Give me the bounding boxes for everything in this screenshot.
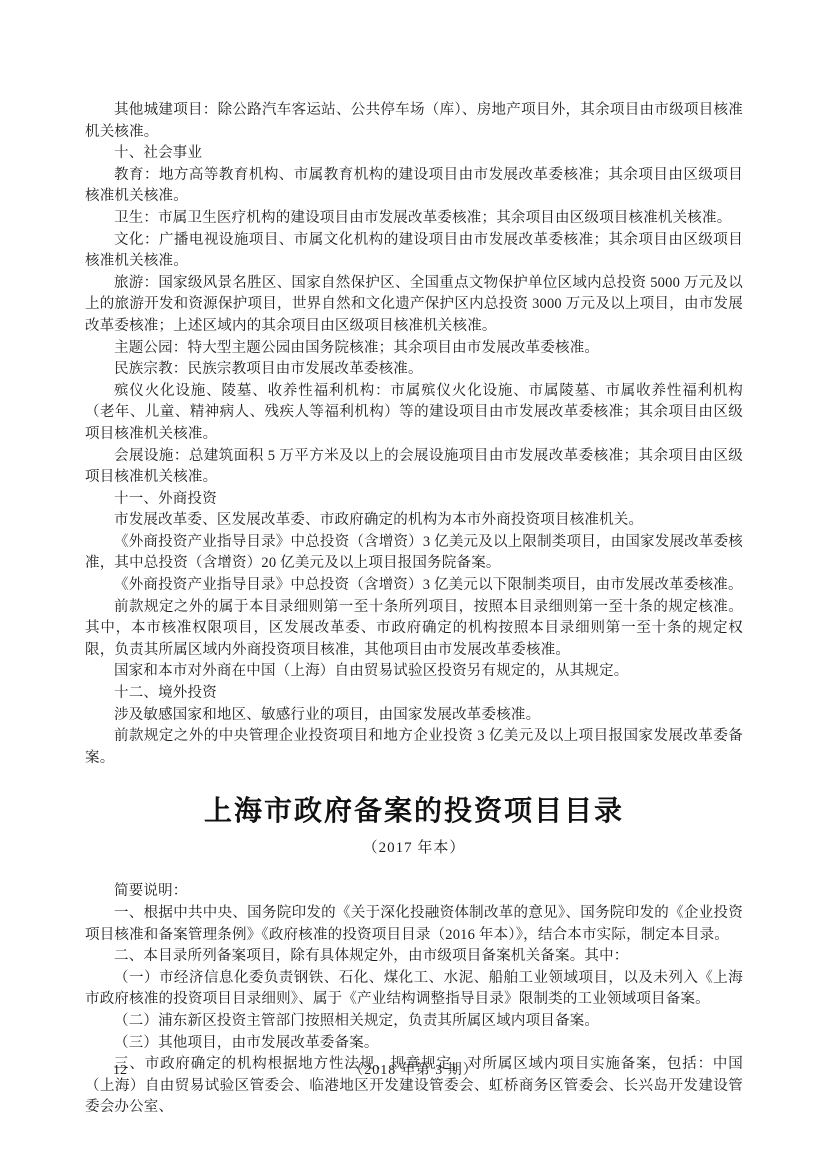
document-page: 其他城建项目：除公路汽车客运站、公共停车场（库）、房地产项目外，其余项目由市级项…: [0, 0, 827, 1170]
note-paragraph: （二）浦东新区投资主管部门按照相关规定，负责其所属区域内项目备案。: [85, 1011, 743, 1033]
note-paragraph: 二、本目录所列备案项目，除有具体规定外，由市级项目备案机关备案。其中：: [85, 946, 743, 968]
body-paragraph: 民族宗教：民族宗教项目由市发展改革委核准。: [85, 359, 743, 381]
body-paragraph: 市发展改革委、区发展改革委、市政府确定的机构为本市外商投资项目核准机关。: [85, 510, 743, 532]
body-paragraph: 前款规定之外的属于本目录细则第一至十条所列项目，按照本目录细则第一至十条的规定核…: [85, 597, 743, 662]
note-paragraph: 一、根据中共中央、国务院印发的《关于深化投融资体制改革的意见》、国务院印发的《企…: [85, 903, 743, 946]
catalog-subtitle: （2017 年本）: [85, 837, 743, 859]
catalog-title: 上海市政府备案的投资项目目录: [85, 793, 743, 829]
body-paragraph: 十二、境外投资: [85, 683, 743, 705]
body-paragraph: 前款规定之外的中央管理企业投资项目和地方企业投资 3 亿美元及以上项目报国家发展…: [85, 726, 743, 769]
body-paragraph: 会展设施：总建筑面积 5 万平方米及以上的会展设施项目由市发展改革委核准；其余项…: [85, 446, 743, 489]
body-paragraph: 教育：地方高等教育机构、市属教育机构的建设项目由市发展改革委核准；其余项目由区级…: [85, 165, 743, 208]
body-paragraph: 国家和本市对外商在中国（上海）自由贸易试验区投资另有规定的，从其规定。: [85, 661, 743, 683]
issue-label: （2018 年第 3 期）: [85, 1060, 742, 1082]
note-paragraph: （一）市经济信息化委负责钢铁、石化、煤化工、水泥、船舶工业领域项目，以及未列入《…: [85, 968, 743, 1011]
body-paragraph: 文化：广播电视设施项目、市属文化机构的建设项目由市发展改革委核准；其余项目由区级…: [85, 230, 743, 273]
body-paragraph: 殡仪火化设施、陵墓、收养性福利机构：市属殡仪火化设施、市属陵墓、市属收养性福利机…: [85, 381, 743, 446]
body-paragraph: 主题公园：特大型主题公园由国务院核准；其余项目由市发展改革委核准。: [85, 338, 743, 360]
body-paragraph: 卫生：市属卫生医疗机构的建设项目由市发展改革委核准；其余项目由区级项目核准机关核…: [85, 208, 743, 230]
document-content: 其他城建项目：除公路汽车客运站、公共停车场（库）、房地产项目外，其余项目由市级项…: [85, 100, 743, 1119]
body-paragraph: 《外商投资产业指导目录》中总投资（含增资）3 亿美元及以上限制类项目，由国家发展…: [85, 532, 743, 575]
body-paragraph: 涉及敏感国家和地区、敏感行业的项目，由国家发展改革委核准。: [85, 705, 743, 727]
body-paragraph: 《外商投资产业指导目录》中总投资（含增资）3 亿美元以下限制类项目，由市发展改革…: [85, 575, 743, 597]
body-paragraph: 十一、外商投资: [85, 489, 743, 511]
body-paragraph: 旅游：国家级风景名胜区、国家自然保护区、全国重点文物保护单位区域内总投资 500…: [85, 273, 743, 338]
approval-catalog-body-section: 其他城建项目：除公路汽车客运站、公共停车场（库）、房地产项目外，其余项目由市级项…: [85, 100, 743, 769]
page-footer: 12 （2018 年第 3 期）: [85, 1060, 742, 1082]
note-paragraph: 简要说明：: [85, 881, 743, 903]
brief-notes-section: 简要说明：一、根据中共中央、国务院印发的《关于深化投融资体制改革的意见》、国务院…: [85, 881, 743, 1119]
note-paragraph: （三）其他项目，由市发展改革委备案。: [85, 1033, 743, 1055]
body-paragraph: 十、社会事业: [85, 143, 743, 165]
body-paragraph: 其他城建项目：除公路汽车客运站、公共停车场（库）、房地产项目外，其余项目由市级项…: [85, 100, 743, 143]
